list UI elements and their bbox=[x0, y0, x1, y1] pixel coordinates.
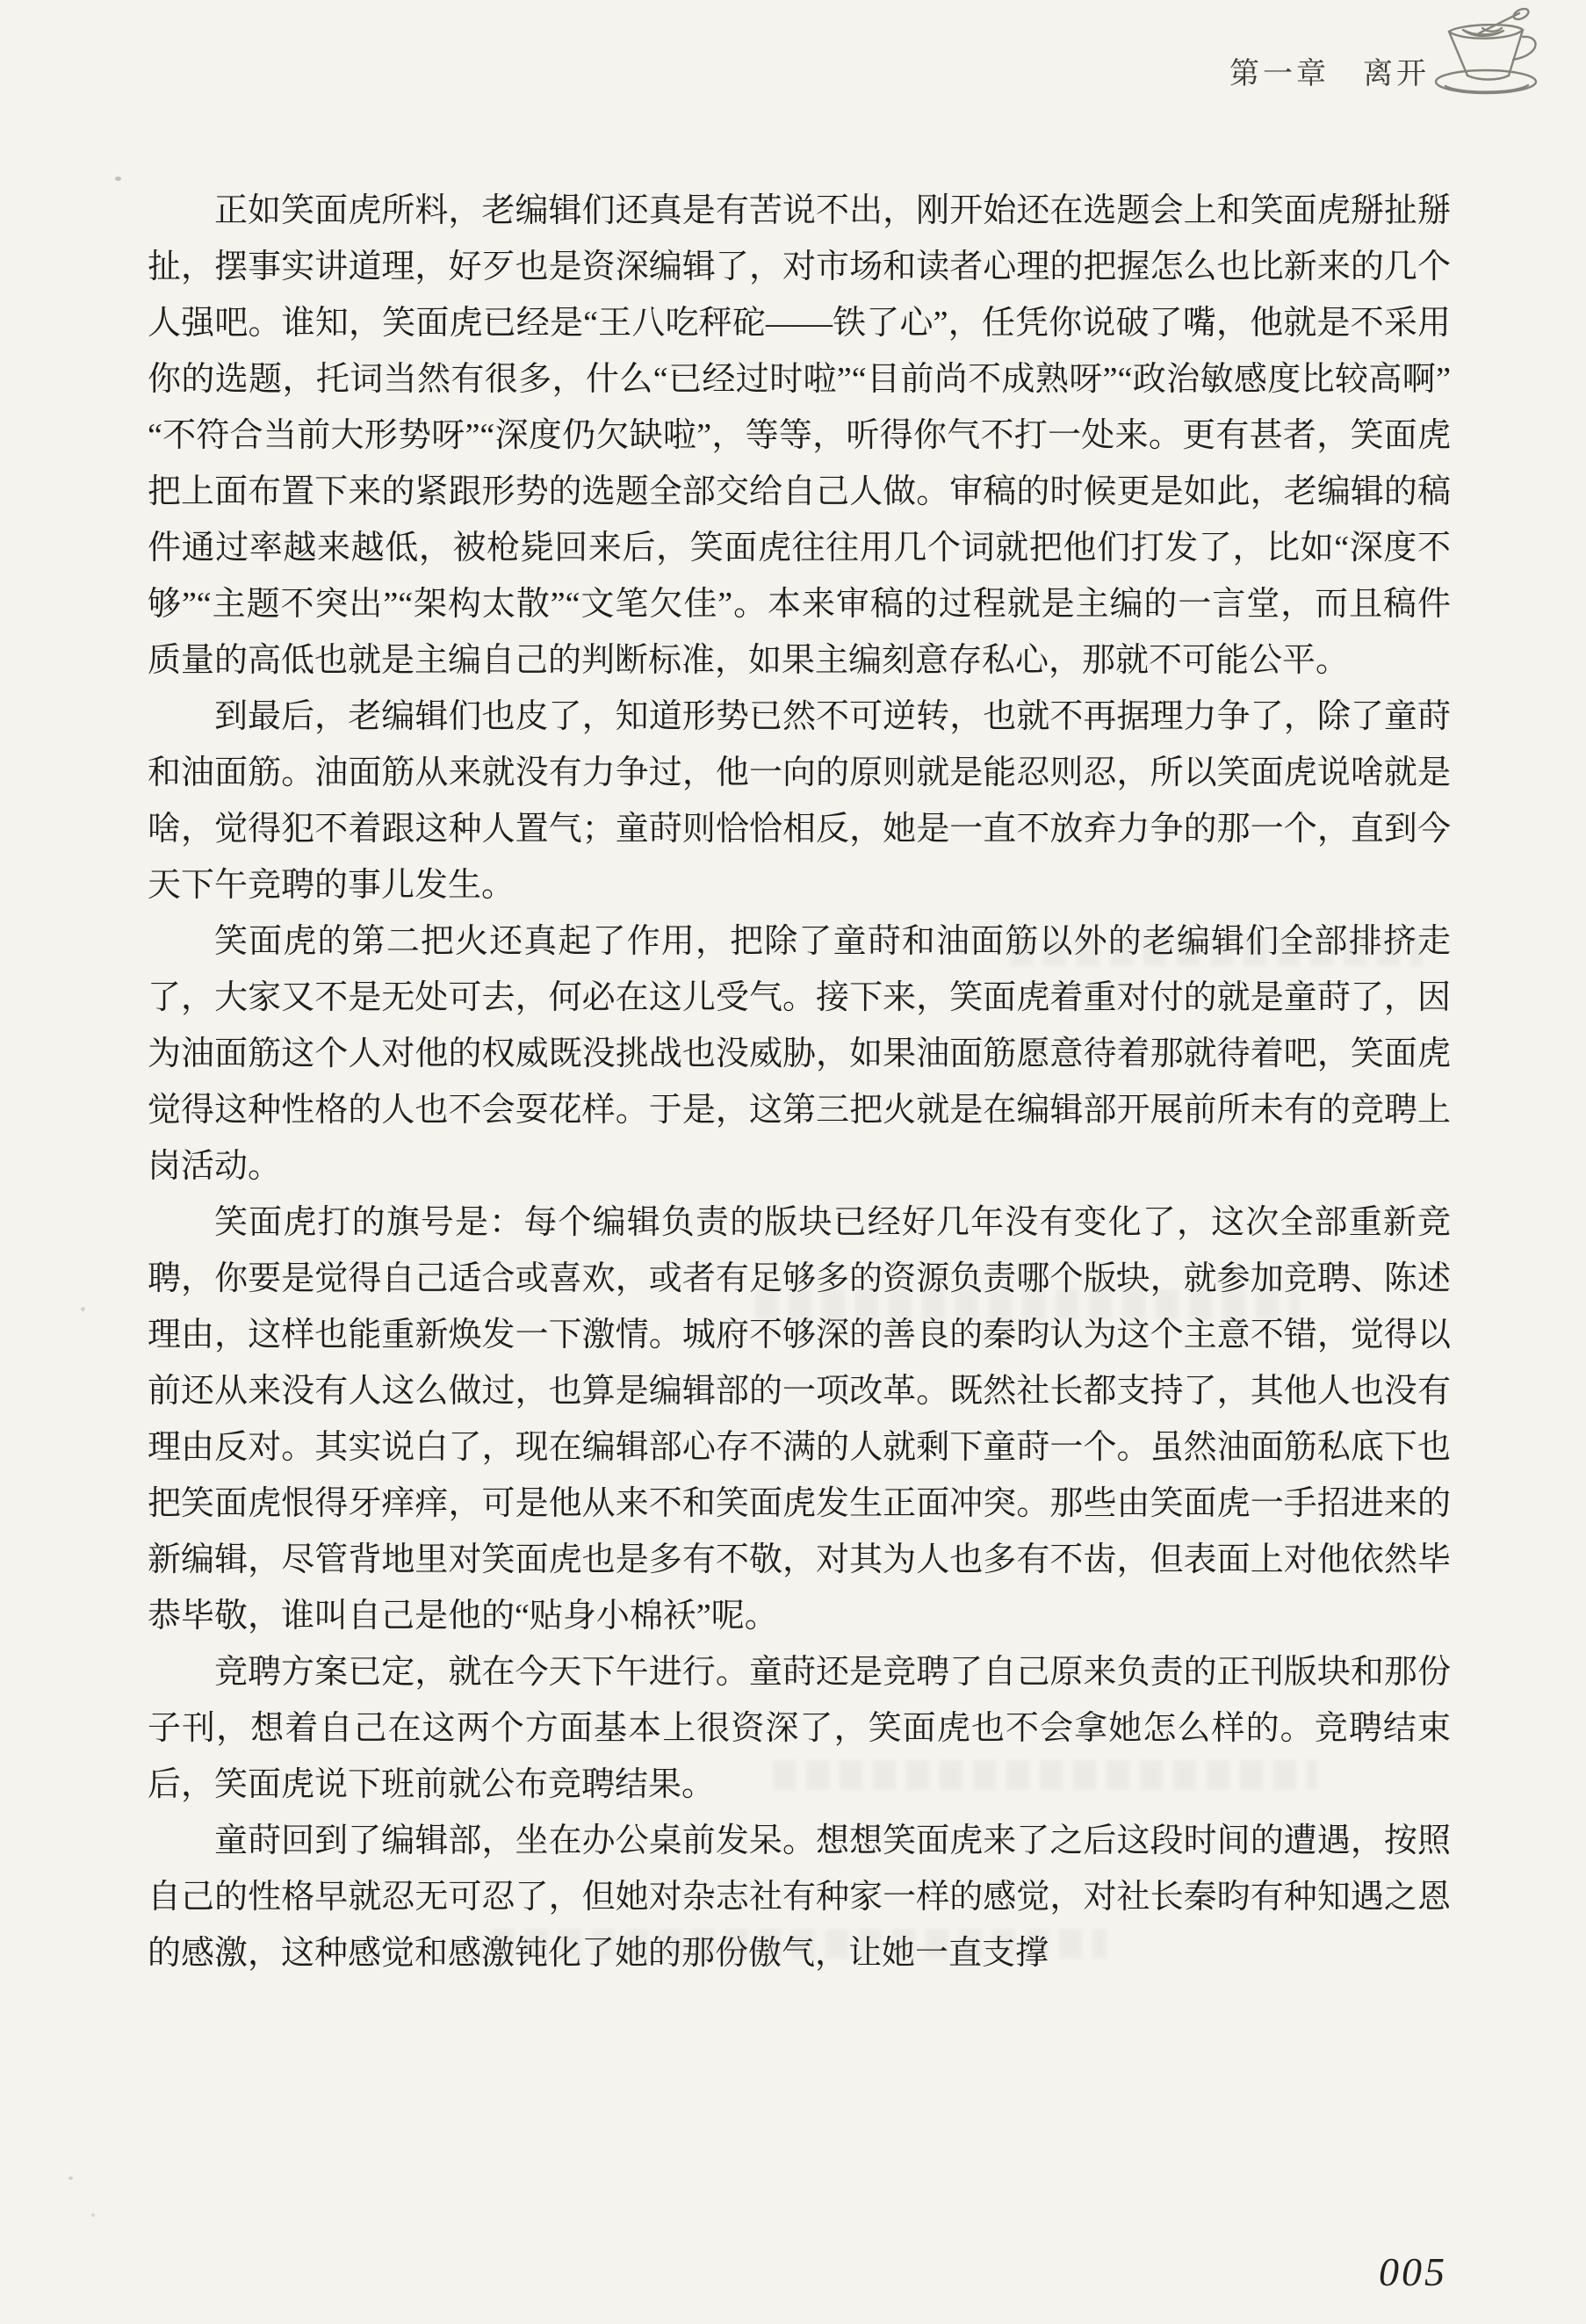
body-text-block: 正如笑面虎所料，老编辑们还真是有苦说不出，刚开始还在选题会上和笑面虎掰扯掰扯，摆… bbox=[148, 183, 1451, 1981]
scan-speck bbox=[68, 2176, 73, 2180]
bleed-through-ghost bbox=[1010, 936, 1423, 966]
book-page: 第一章 离开 正如笑面虎所料，老编辑们还真是有苦说不出，刚开始还在选题会上和笑面… bbox=[0, 0, 1586, 2324]
body-paragraph: 笑面虎打的旗号是：每个编辑负责的版块已经好几年没有变化了，这次全部重新竞聘，你要… bbox=[148, 1194, 1451, 1644]
bleed-through-ghost bbox=[492, 1929, 1107, 1959]
scan-speck bbox=[81, 1307, 85, 1311]
scan-speck bbox=[91, 2213, 95, 2217]
scan-speck bbox=[115, 177, 121, 181]
body-paragraph: 正如笑面虎所料，老编辑们还真是有苦说不出，刚开始还在选题会上和笑面虎掰扯掰扯，摆… bbox=[148, 183, 1451, 689]
stray-dot-artifact: · bbox=[1114, 1254, 1125, 1293]
page-number: 005 bbox=[1379, 2248, 1447, 2295]
body-paragraph: 到最后，老编辑们也皮了，知道形势已然不可逆转，也就不再据理力争了，除了童莳和油面… bbox=[148, 689, 1451, 913]
chapter-header: 第一章 离开 bbox=[1229, 49, 1430, 92]
teacup-icon bbox=[1430, 7, 1554, 98]
bleed-through-ghost bbox=[755, 1289, 1300, 1319]
bleed-through-ghost bbox=[773, 1760, 1317, 1790]
